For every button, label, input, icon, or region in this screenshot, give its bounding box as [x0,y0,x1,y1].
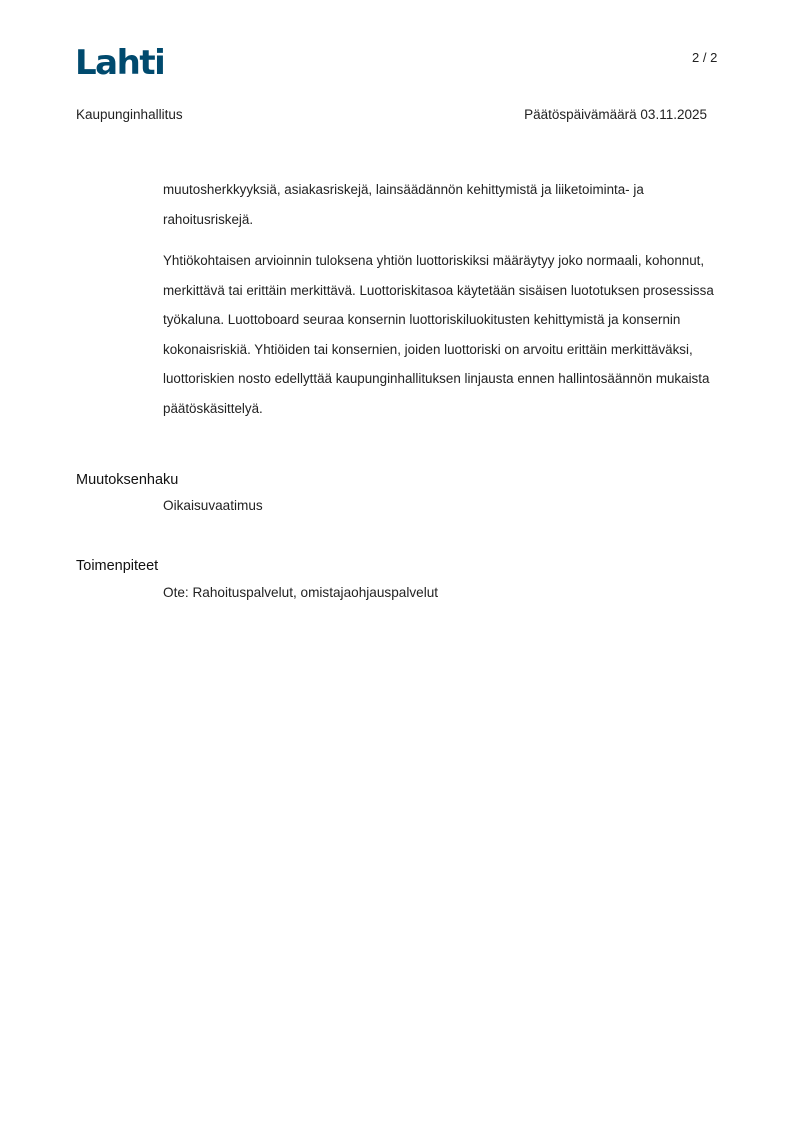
decision-date-label: Päätöspäivämäärä [524,107,637,122]
paragraph-text: Yhtiökohtaisen arvioinnin tuloksena yhti… [163,246,723,424]
page-number: 2 / 2 [692,50,717,65]
section-content-muutoksenhaku: Oikaisuvaatimus [163,498,263,513]
section-heading-muutoksenhaku: Muutoksenhaku [76,472,178,488]
organization-name: Kaupunginhallitus [76,107,183,122]
decision-date-value: 03.11.2025 [640,107,707,122]
lahti-logo: Lahti [75,43,164,83]
body-paragraph: Yhtiökohtaisen arvioinnin tuloksena yhti… [163,246,723,424]
paragraph-text: muutosherkkyyksiä, asiakasriskejä, lains… [163,175,723,234]
body-paragraph: muutosherkkyyksiä, asiakasriskejä, lains… [163,175,723,234]
decision-date: Päätöspäivämäärä 03.11.2025 [524,107,707,122]
section-heading-toimenpiteet: Toimenpiteet [76,558,158,574]
section-content-toimenpiteet: Ote: Rahoituspalvelut, omistajaohjauspal… [163,585,438,600]
